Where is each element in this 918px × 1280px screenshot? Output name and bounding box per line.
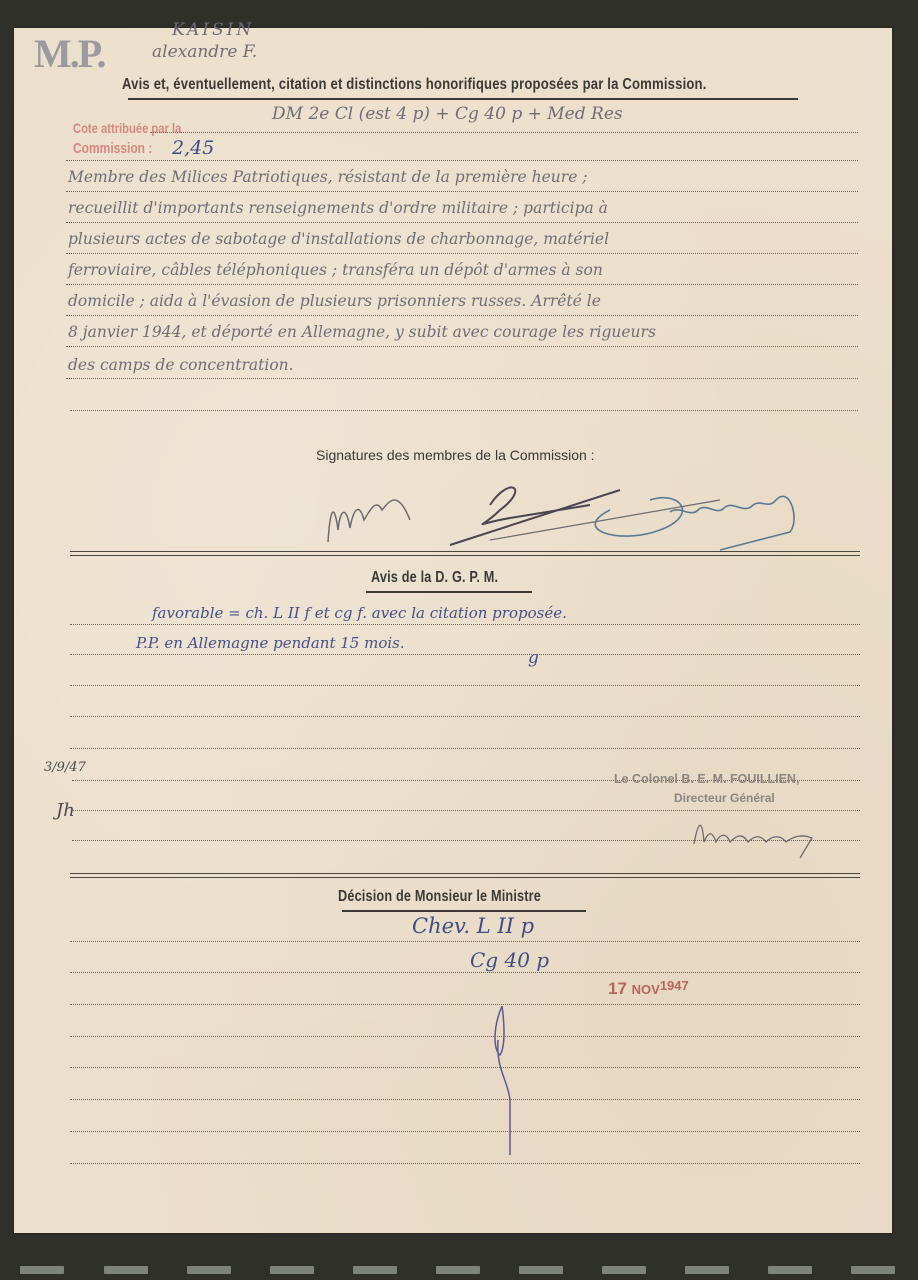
citation-line: 8 janvier 1944, et déporté en Allemagne,… xyxy=(68,323,656,341)
binder-tab xyxy=(270,1266,314,1274)
dotted-line xyxy=(70,1131,860,1132)
signatures-label: Signatures des membres de la Commission … xyxy=(316,447,595,463)
minister-decision-line2: Cg 40 p xyxy=(470,948,549,972)
binder-tab xyxy=(187,1266,231,1274)
dotted-line xyxy=(150,132,858,133)
binder-strip xyxy=(0,1240,918,1280)
director-signature xyxy=(690,812,830,862)
dotted-line xyxy=(70,1099,860,1100)
citation-line: recueillit d'importants renseignements d… xyxy=(68,199,608,217)
dotted-line xyxy=(70,748,860,749)
dotted-line xyxy=(66,222,858,223)
dotted-line xyxy=(70,1163,860,1164)
dotted-line xyxy=(70,941,860,942)
commission-signatures xyxy=(320,470,840,550)
dotted-line xyxy=(66,191,858,192)
dotted-line xyxy=(66,253,858,254)
date-stamp-month: NOV xyxy=(632,982,660,997)
dgpm-initial: g xyxy=(528,648,539,668)
commission-proposal: DM 2e Cl (est 4 p) + Cg 40 p + Med Res xyxy=(272,104,623,124)
dotted-line xyxy=(66,160,858,161)
binder-tab xyxy=(768,1266,812,1274)
dotted-line xyxy=(70,1067,860,1068)
date-stamp-day: 17 xyxy=(608,979,627,998)
dotted-line xyxy=(66,284,858,285)
dotted-line xyxy=(70,654,860,655)
citation-line: des camps de concentration. xyxy=(68,356,294,374)
signatory-title: Directeur Général xyxy=(674,791,775,805)
binder-tab xyxy=(353,1266,397,1274)
dotted-line xyxy=(72,840,860,841)
dotted-line xyxy=(66,315,858,316)
score-label-line2: Commission : xyxy=(73,140,152,157)
dgpm-line: P.P. en Allemagne pendant 15 mois. xyxy=(136,634,405,652)
dotted-line xyxy=(70,624,860,625)
dotted-line xyxy=(70,1004,860,1005)
minister-decision-line1: Chev. L II p xyxy=(412,914,534,938)
section-divider xyxy=(70,873,860,878)
binder-tab xyxy=(685,1266,729,1274)
minister-paraph xyxy=(480,1000,520,1160)
dotted-line xyxy=(66,346,858,347)
dotted-line xyxy=(70,972,860,973)
given-name: alexandre F. xyxy=(152,42,257,62)
title-underline xyxy=(342,910,586,912)
title-underline xyxy=(128,98,798,100)
citation-line: ferroviaire, câbles téléphoniques ; tran… xyxy=(68,261,603,279)
date-stamp-year: 1947 xyxy=(660,978,689,993)
signatory-name: Le Colonel B. E. M. FOUILLIEN, xyxy=(614,772,799,786)
score-value: 2,45 xyxy=(172,137,214,159)
mp-stamp: M.P. xyxy=(34,30,105,77)
citation-line: domicile ; aida à l'évasion de plusieurs… xyxy=(68,292,601,310)
dotted-line xyxy=(72,810,860,811)
binder-tab xyxy=(436,1266,480,1274)
binder-tab xyxy=(519,1266,563,1274)
binder-tab xyxy=(602,1266,646,1274)
binder-tab xyxy=(104,1266,148,1274)
citation-line: Membre des Milices Patriotiques, résista… xyxy=(68,168,588,186)
dgpm-line: favorable = ch. L II f et cg f. avec la … xyxy=(152,604,567,622)
dotted-line xyxy=(70,716,860,717)
margin-date: 3/9/47 xyxy=(44,760,86,775)
title-underline xyxy=(366,591,532,593)
section-title-minister: Décision de Monsieur le Ministre xyxy=(338,888,541,906)
citation-line: plusieurs actes de sabotage d'installati… xyxy=(68,230,609,248)
dotted-line xyxy=(70,685,860,686)
score-label-line1: Cote attribuée par la xyxy=(73,120,181,136)
surname: KAISIN xyxy=(172,20,254,40)
binder-tab xyxy=(20,1266,64,1274)
section-title-commission: Avis et, éventuellement, citation et dis… xyxy=(122,76,707,94)
section-title-dgpm: Avis de la D. G. P. M. xyxy=(371,569,498,587)
dotted-line xyxy=(70,410,858,411)
dotted-line xyxy=(66,378,858,379)
binder-tab xyxy=(851,1266,895,1274)
section-divider xyxy=(70,551,860,556)
date-stamp: 17 NOV1947 xyxy=(608,978,689,999)
dotted-line xyxy=(70,1036,860,1037)
